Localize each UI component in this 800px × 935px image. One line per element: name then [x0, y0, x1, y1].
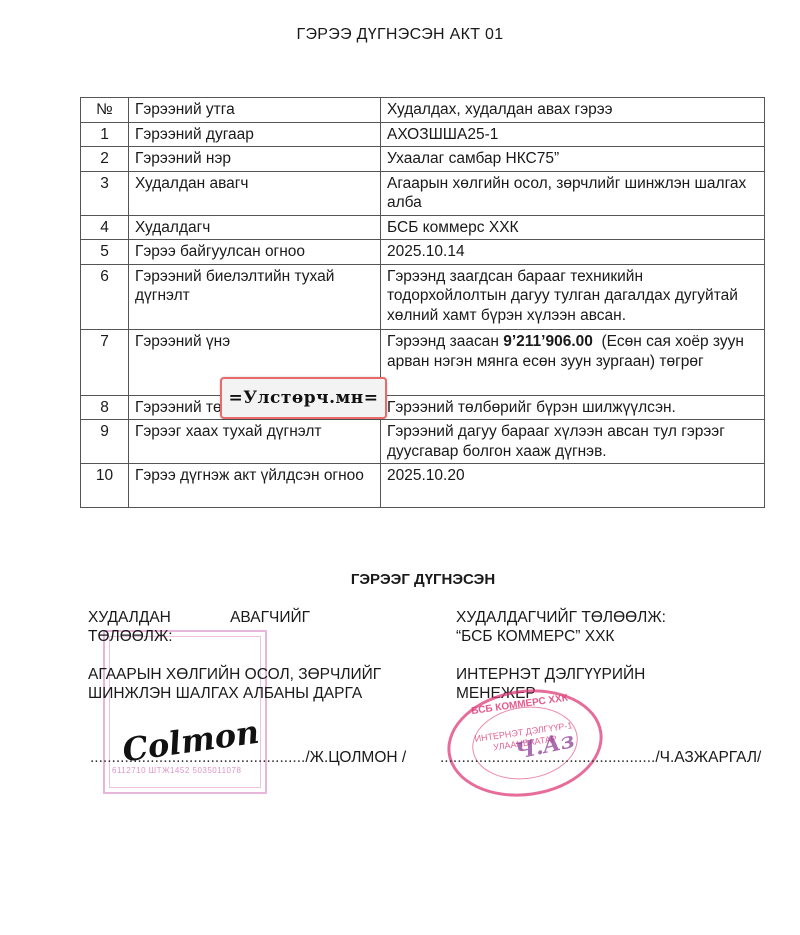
row-number: 9 [81, 420, 129, 464]
row-value: Агаарын хөлгийн осол, зөрчлийг шинжлэн ш… [381, 171, 765, 215]
buyer-dots: ........................................… [90, 749, 305, 766]
seller-signature-line: ........................................… [440, 749, 761, 767]
document-title: ГЭРЭЭ ДҮГНЭСЭН АКТ 01 [0, 26, 800, 44]
table-row: 6Гэрээний биелэлтийн тухай дүгнэлтГэрээн… [81, 264, 765, 330]
buyer-position-line2: ШИНЖЛЭН ШАЛГАХ АЛБАНЫ ДАРГА [88, 684, 438, 703]
table-row: 8Гэрээний төлбөр тооцооГэрээний төлбөрий… [81, 395, 765, 420]
table-row: 1Гэрээний дугаарАХОЗШША25-1 [81, 122, 765, 147]
row-label: Гэрээ дүгнэж акт үйлдсэн огноо [129, 464, 381, 508]
buyer-heading-word1: ХУДАЛДАН [88, 608, 171, 627]
row-label: Гэрээний биелэлтийн тухай дүгнэлт [129, 264, 381, 330]
price-prefix: Гэрээнд заасан [387, 333, 503, 350]
column-label-header: Гэрээний утга [129, 98, 381, 123]
table-header-row: № Гэрээний утга Худалдах, худалдан авах … [81, 98, 765, 123]
contract-table: № Гэрээний утга Худалдах, худалдан авах … [80, 97, 765, 508]
buyer-heading-line2: ТӨЛӨӨЛЖ: [88, 627, 438, 646]
row-number: 1 [81, 122, 129, 147]
buyer-heading-word2: АВАГЧИЙГ [230, 608, 310, 627]
row-value: Гэрээний төлбөрийг бүрэн шилжүүлсэн. [381, 395, 765, 420]
table-row: 7Гэрээний үнэГэрээнд заасан 9’211’906.00… [81, 330, 765, 396]
row-value: Гэрээнд заагдсан барааг техникийн тодорх… [381, 264, 765, 330]
row-label: Гэрээ байгуулсан огноо [129, 240, 381, 265]
seller-position-line1: ИНТЕРНЭТ ДЭЛГҮҮРИЙН [456, 665, 786, 684]
buyer-heading: ХУДАЛДАН АВАГЧИЙГ [88, 608, 310, 627]
price-amount: 9’211’906.00 [503, 333, 593, 350]
row-value: БСБ коммерс ХХК [381, 215, 765, 240]
table-row: 10Гэрээ дүгнэж акт үйлдсэн огноо2025.10.… [81, 464, 765, 508]
column-number-header: № [81, 98, 129, 123]
row-value: 2025.10.20 [381, 464, 765, 508]
buyer-name: /Ж.ЦОЛМОН / [305, 749, 406, 766]
row-number: 5 [81, 240, 129, 265]
table-row: 3Худалдан авагчАгаарын хөлгийн осол, зөр… [81, 171, 765, 215]
table-row: 2Гэрээний нэрУхаалаг самбар НКС75” [81, 147, 765, 172]
table-row: 5Гэрээ байгуулсан огноо2025.10.14 [81, 240, 765, 265]
buyer-position-line1: АГААРЫН ХӨЛГИЙН ОСОЛ, ЗӨРЧЛИЙГ [88, 665, 438, 684]
signatures-section-title: ГЭРЭЭГ ДҮГНЭСЭН [0, 571, 800, 588]
seller-dots: ........................................… [440, 749, 655, 766]
watermark-badge: =Улстөрч.мн= [220, 377, 387, 419]
row-number: 3 [81, 171, 129, 215]
row-label: Гэрээг хаах тухай дүгнэлт [129, 420, 381, 464]
column-value-header: Худалдах, худалдан авах гэрээ [381, 98, 765, 123]
seller-signature-block: ХУДАЛДАГЧИЙГ ТӨЛӨӨЛЖ: “БСБ КОММЕРС” ХХК … [456, 608, 786, 703]
row-number: 8 [81, 395, 129, 420]
row-number: 7 [81, 330, 129, 396]
buyer-signature-block: ХУДАЛДАН АВАГЧИЙГ ТӨЛӨӨЛЖ: АГААРЫН ХӨЛГИ… [88, 608, 438, 703]
row-value: Гэрээний дагуу барааг хүлээн авсан тул г… [381, 420, 765, 464]
row-number: 2 [81, 147, 129, 172]
seller-name: /Ч.АЗЖАРГАЛ/ [655, 749, 761, 766]
row-value: АХОЗШША25-1 [381, 122, 765, 147]
row-number: 10 [81, 464, 129, 508]
row-number: 6 [81, 264, 129, 330]
row-label: Гэрээний нэр [129, 147, 381, 172]
seller-heading-line2: “БСБ КОММЕРС” ХХК [456, 627, 786, 646]
buyer-signature-line: ........................................… [90, 749, 406, 767]
row-value: 2025.10.14 [381, 240, 765, 265]
table-row: 9Гэрээг хаах тухай дүгнэлтГэрээний дагуу… [81, 420, 765, 464]
row-number: 4 [81, 215, 129, 240]
seller-heading-line1: ХУДАЛДАГЧИЙГ ТӨЛӨӨЛЖ: [456, 608, 786, 627]
row-label: Гэрээний дугаар [129, 122, 381, 147]
table-row: 4ХудалдагчБСБ коммерс ХХК [81, 215, 765, 240]
row-label: Худалдагч [129, 215, 381, 240]
row-value: Ухаалаг самбар НКС75” [381, 147, 765, 172]
row-label: Худалдан авагч [129, 171, 381, 215]
row-value: Гэрээнд заасан 9’211’906.00 (Есөн сая хо… [381, 330, 765, 396]
